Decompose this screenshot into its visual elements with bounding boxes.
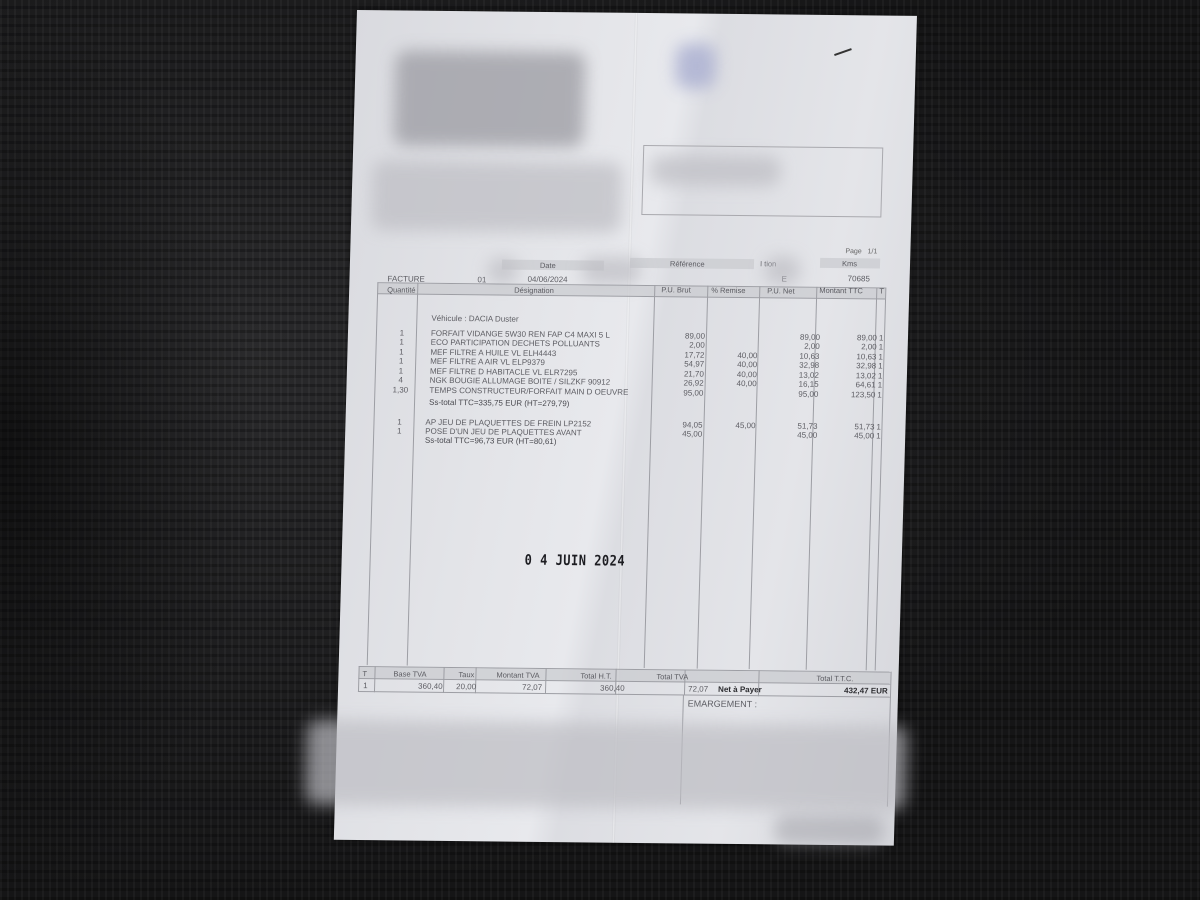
cell-pu-net: 13,02: [799, 370, 819, 379]
cell-remise: 45,00: [735, 421, 755, 430]
cell-pu-brut: 54,97: [684, 360, 704, 369]
cell-pu-brut: 26,92: [683, 379, 703, 388]
redacted-reference: [581, 256, 642, 285]
cell-remise: 40,00: [737, 370, 757, 379]
cell-qty: 1: [389, 426, 409, 435]
cell-qty: 1: [389, 417, 409, 426]
totals-col-header: Base TVA: [393, 669, 426, 678]
redacted-company-address: [371, 160, 623, 233]
cell-qty: 4: [391, 376, 411, 385]
cell-montant-ttc: 10,63: [856, 352, 876, 361]
base-tva: 360,40: [418, 682, 443, 691]
col-divider: [367, 282, 379, 665]
cell-t: 1: [876, 431, 881, 440]
cell-t: 1: [876, 422, 881, 431]
cell-qty: 1: [392, 338, 412, 347]
cell-pu-brut: 89,00: [685, 331, 705, 340]
redacted-client-address: [650, 155, 781, 186]
cell-pu-brut: 45,00: [682, 429, 702, 438]
cell-montant-ttc: 64,61: [855, 380, 875, 389]
cell-remise: 40,00: [737, 351, 757, 360]
col-quantite: Quantité: [387, 285, 416, 294]
col-montant-ttc: Montant TTC: [819, 286, 863, 295]
cell-pu-brut: 2,00: [689, 341, 705, 350]
cell-t: 1: [877, 390, 882, 399]
cell-t: 1: [879, 333, 884, 342]
total-tva: 72,07: [688, 685, 708, 694]
col-divider: [749, 286, 761, 669]
subtotal-1: Ss-total TTC=335,75 EUR (HT=279,79): [429, 398, 570, 408]
subtotal-2: Ss-total TTC=96,73 EUR (HT=80,61): [425, 436, 557, 446]
vehicle-label: Véhicule : DACIA Duster: [431, 314, 518, 324]
cell-montant-ttc: 123,50: [851, 390, 876, 399]
cell-t: 1: [879, 343, 884, 352]
cell-remise: 40,00: [737, 360, 757, 369]
cell-montant-ttc: 45,00: [854, 431, 874, 440]
col-pu-brut: P.U. Brut: [661, 285, 691, 294]
totals-col-header: Total H.T.: [580, 671, 612, 680]
montant-tva: 72,07: [522, 683, 542, 692]
invoice-date: 04/06/2024: [527, 275, 567, 284]
pen-mark: [834, 48, 852, 56]
cell-qty: 1: [391, 366, 411, 375]
cell-pu-net: 16,15: [798, 380, 818, 389]
total-ht: 360,40: [600, 684, 625, 693]
col-remise: % Remise: [711, 286, 745, 295]
date-stamp: 0 4 JUIN 2024: [524, 551, 625, 569]
col-divider: [644, 285, 656, 668]
page-value: 1/1: [867, 248, 877, 255]
totals-col-header: Montant TVA: [496, 670, 539, 679]
cell-montant-ttc: 13,02: [856, 371, 876, 380]
cell-qty: 1: [391, 357, 411, 366]
totals-col-header: T: [362, 669, 367, 678]
cell-montant-ttc: 89,00: [857, 333, 877, 342]
cell-pu-net: 45,00: [797, 431, 817, 440]
date-label: Date: [540, 261, 556, 270]
cell-pu-net: 51,73: [797, 422, 817, 431]
col-pu-net: P.U. Net: [767, 286, 795, 295]
cell-pu-net: 89,00: [800, 333, 820, 342]
col-t: T: [879, 286, 884, 295]
cell-pu-brut: 17,72: [684, 350, 704, 359]
cell-pu-brut: 94,05: [682, 420, 702, 429]
cell-montant-ttc: 51,73: [854, 422, 874, 431]
redacted-company-logo: [393, 50, 586, 147]
paper-fold: [612, 13, 638, 843]
cell-montant-ttc: 2,00: [861, 343, 877, 352]
cell-remise: 40,00: [736, 379, 756, 388]
kms-value: 70685: [847, 274, 870, 283]
kms-label: Kms: [842, 259, 857, 268]
cell-pu-net: 32,98: [799, 361, 819, 370]
cell-montant-ttc: 32,98: [856, 362, 876, 371]
taux-tva: 20,00: [456, 682, 476, 691]
totals-t: 1: [363, 681, 368, 690]
cell-qty: 1: [391, 347, 411, 356]
total-ttc: 432,47 EUR: [844, 686, 888, 695]
redacted-footer: [305, 720, 907, 811]
cell-pu-brut: 95,00: [683, 388, 703, 397]
redacted-invoice-number: [487, 257, 518, 283]
page-indicator: Page 1/1: [845, 248, 877, 255]
reference-label: Référence: [670, 259, 705, 268]
background-shadow: [0, 0, 260, 900]
cell-t: 1: [878, 371, 883, 380]
totals-col-header: Total T.T.C.: [816, 674, 853, 683]
page-label: Page: [845, 248, 862, 255]
invoice-paper: Page 1/1 Date Référence I tion Kms FACTU…: [334, 10, 917, 846]
cell-qty: 1: [392, 328, 412, 337]
redacted-stamp-mark: [675, 43, 716, 88]
cell-pu-net: 2,00: [804, 342, 820, 351]
emargement-label: EMARGEMENT :: [688, 699, 758, 710]
redacted-footer-corner: [774, 814, 885, 845]
cell-qty: 1,30: [390, 385, 410, 394]
net-a-payer-label: Net à Payer: [718, 685, 762, 694]
cell-t: 1: [878, 381, 883, 390]
cell-pu-net: 95,00: [798, 389, 818, 398]
redacted-immatriculation: [764, 256, 800, 284]
cell-pu-brut: 21,70: [684, 369, 704, 378]
totals-col-header: Total TVA: [656, 672, 688, 681]
cell-designation: TEMPS CONSTRUCTEUR/FORFAIT MAIN D OEUVRE: [429, 385, 628, 396]
totals-col-divider: [890, 672, 892, 698]
cell-pu-net: 10,63: [799, 352, 819, 361]
cell-t: 1: [878, 362, 883, 371]
cell-t: 1: [878, 352, 883, 361]
totals-col-header: Taux: [458, 670, 474, 679]
col-designation: Désignation: [514, 286, 554, 295]
